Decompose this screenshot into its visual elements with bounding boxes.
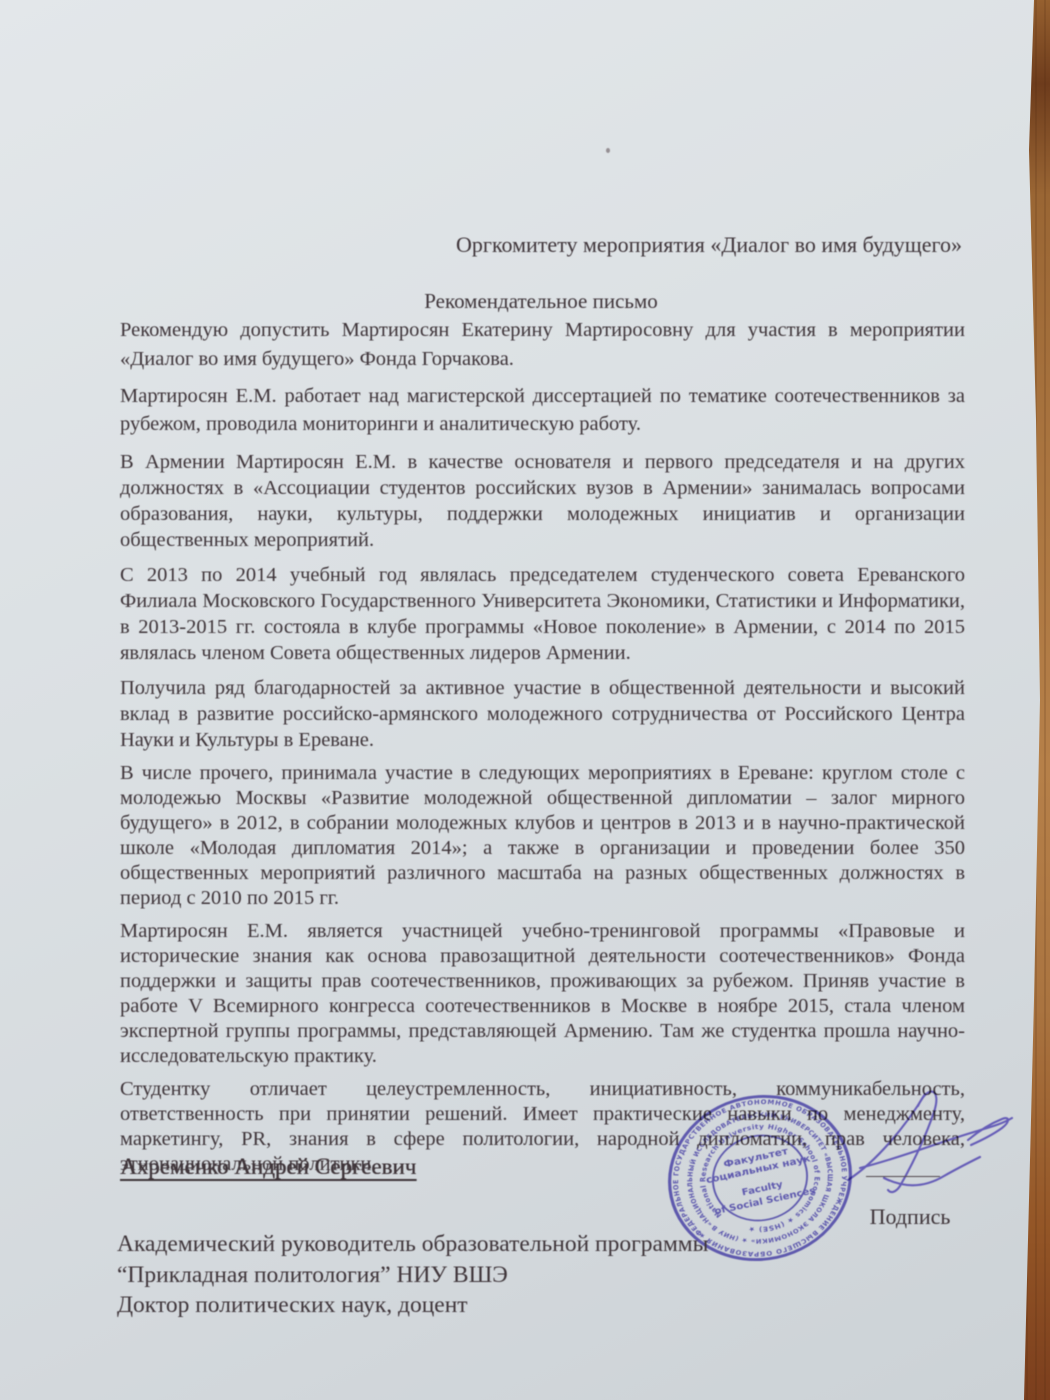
paragraph: Мартиросян Е.М. работает над магистерско… bbox=[120, 382, 965, 438]
signature-line bbox=[866, 1176, 940, 1177]
paragraph: В Армении Мартиросян Е.М. в качестве осн… bbox=[120, 449, 965, 553]
signature-caption: Подпись bbox=[840, 1204, 980, 1230]
signatory-title-line: “Прикладная политология” НИУ ВШЭ bbox=[117, 1260, 708, 1291]
signatory-name: Ахременко Андрей Сергеевич bbox=[120, 1154, 416, 1180]
paragraph: Мартиросян Е.М. является участницей учеб… bbox=[120, 919, 965, 1069]
letter-content: Оргкомитету мероприятия «Диалог во имя б… bbox=[0, 0, 1041, 1400]
paper-speck bbox=[606, 148, 610, 153]
paragraph: С 2013 по 2014 учебный год являлась пред… bbox=[120, 562, 965, 666]
signatory-title-line: Доктор политических наук, доцент bbox=[117, 1290, 708, 1321]
paragraph: Рекомендую допустить Мартиросян Екатерин… bbox=[120, 316, 965, 374]
letter-sheet: Оргкомитету мероприятия «Диалог во имя б… bbox=[0, 0, 1041, 1400]
addressee-line: Оргкомитету мероприятия «Диалог во имя б… bbox=[120, 232, 962, 258]
paragraph: В числе прочего, принимала участие в сле… bbox=[120, 761, 965, 911]
paragraph: Получила ряд благодарностей за активное … bbox=[120, 675, 965, 753]
letter-title: Рекомендательное письмо bbox=[120, 289, 962, 314]
signature-scribble bbox=[828, 1078, 1023, 1196]
signatory-titles: Академический руководитель образовательн… bbox=[117, 1229, 708, 1321]
signatory-title-line: Академический руководитель образовательн… bbox=[117, 1229, 708, 1260]
letter-body: Рекомендую допустить Мартиросян Екатерин… bbox=[120, 316, 965, 1177]
